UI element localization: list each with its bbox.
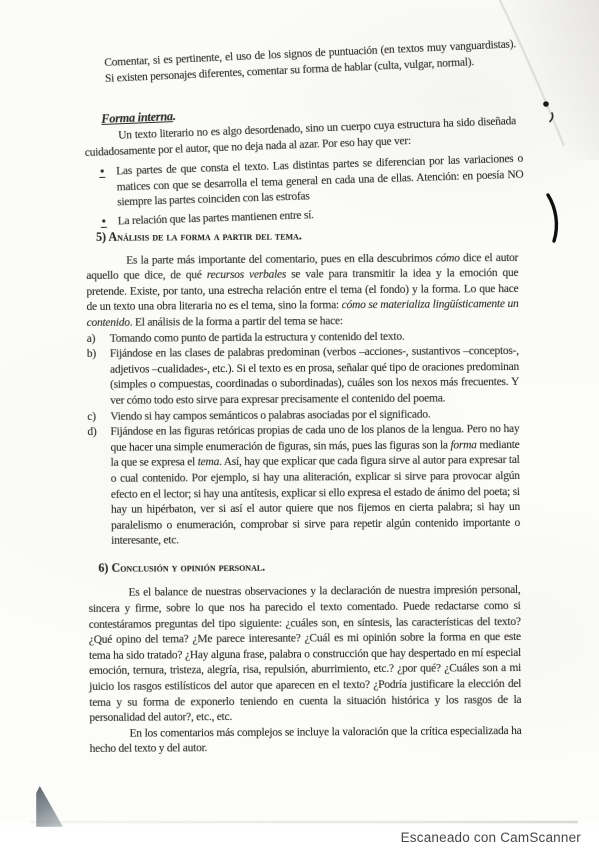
scanned-document-page: Comentar, si es pertinente, el uso de lo… — [0, 0, 599, 848]
list-item-text: Fijándose en las clases de palabras pred… — [110, 344, 519, 409]
forma-interna-bullet-list: • Las partes de que consta el texto. Las… — [99, 152, 525, 234]
main-text-column: 5) Análisis de la forma a partir del tem… — [86, 227, 522, 758]
ink-mark-crescent-icon — [544, 192, 564, 244]
section6-paragraph1: Es el balance de nuestras observaciones … — [88, 583, 521, 726]
camscanner-watermark: Escaneado con CamScanner — [401, 830, 581, 845]
bullet-icon: • — [99, 164, 117, 211]
forma-interna-heading-period: . — [173, 109, 176, 123]
page-bottom-edge — [30, 821, 578, 823]
list-item-text: Fijándose en las figuras retóricas propi… — [110, 422, 520, 550]
bullet-text: Las partes de que consta el texto. Las d… — [116, 152, 524, 212]
section6-heading: 6) Conclusión y opinión personal. — [98, 558, 520, 577]
bullet-icon: • — [101, 214, 118, 230]
forma-interna-heading: Forma interna. — [101, 109, 176, 128]
list-marker: b) — [87, 347, 110, 410]
list-marker: a) — [87, 331, 110, 347]
forma-interna-heading-text: Forma interna — [101, 109, 173, 126]
section5-paragraph: Es la parte más importante del comentari… — [86, 251, 519, 332]
list-item-d: d) Fijándose en las figuras retóricas pr… — [87, 422, 520, 550]
list-marker: d) — [87, 425, 111, 550]
ink-mark-dot-icon — [540, 98, 558, 124]
section5-heading: 5) Análisis de la forma a partir del tem… — [96, 227, 518, 246]
list-item-b: b) Fijándose en las clases de palabras p… — [87, 344, 519, 409]
list-marker: c) — [87, 409, 110, 425]
intro-paragraph: Comentar, si es pertinente, el uso de lo… — [104, 37, 517, 87]
section6-paragraph2: En los comentarios más complejos se incl… — [89, 724, 521, 758]
